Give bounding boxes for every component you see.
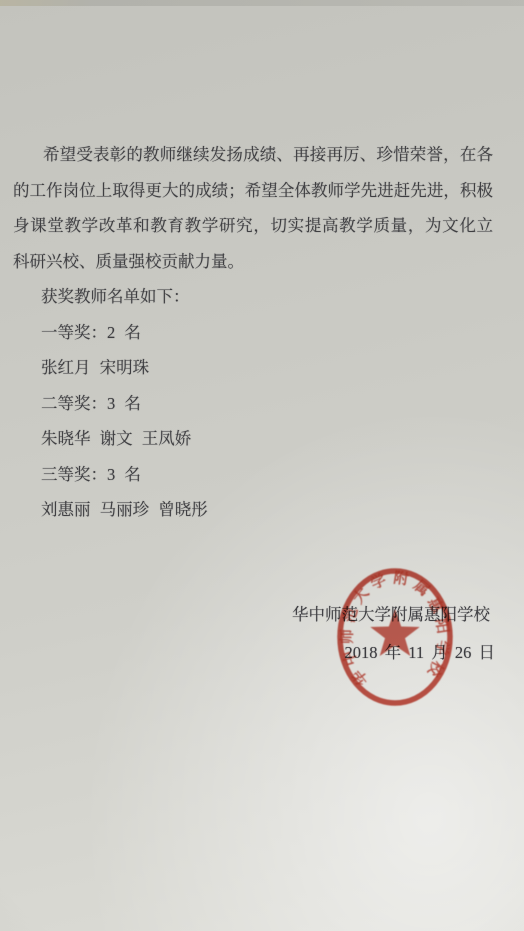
paragraph-line: 希望受表彰的教师继续发扬成绩、再接再厉、珍惜荣誉，在各自 (13, 137, 493, 173)
award-winner-names: 张红月 宋明珠 (13, 350, 493, 386)
award-winner-names: 刘惠丽 马丽珍 曾晓彤 (13, 492, 493, 528)
award-tier-label: 二等奖：3 名 (13, 386, 493, 422)
paragraph-line: 科研兴校、质量强校贡献力量。 (13, 244, 493, 280)
award-list-intro: 获奖教师名单如下： (13, 279, 493, 315)
paragraph-line: 身课堂教学改革和教育教学研究，切实提高教学质量，为文化立校、 (13, 208, 493, 244)
star-icon (370, 609, 419, 656)
official-seal-stamp: 华中师范大学附属惠阳学校 (330, 562, 460, 712)
document-body: 希望受表彰的教师继续发扬成绩、再接再厉、珍惜荣誉，在各自 的工作岗位上取得更大的… (13, 137, 493, 528)
award-tier-label: 一等奖：2 名 (13, 315, 493, 351)
paragraph-line: 的工作岗位上取得更大的成绩；希望全体教师学先进赶先进，积极投 (13, 173, 493, 209)
photo-top-edge-shadow (0, 0, 524, 6)
award-winner-names: 朱晓华 谢文 王凤娇 (13, 421, 493, 457)
document-photo: 希望受表彰的教师继续发扬成绩、再接再厉、珍惜荣誉，在各自 的工作岗位上取得更大的… (0, 0, 524, 931)
award-tier-label: 三等奖：3 名 (13, 457, 493, 493)
